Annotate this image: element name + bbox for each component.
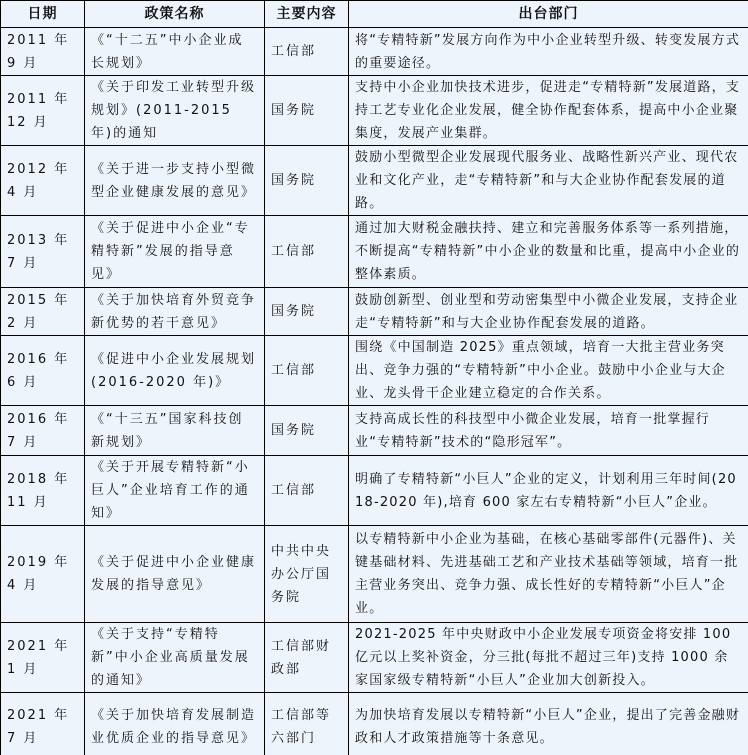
header-issuing-department: 出台部门 [349, 1, 748, 28]
cell-content: 鼓励创新型、创业型和劳动密集型中小微企业发展，支持企业走“专精特新”和与大企业协… [349, 288, 748, 336]
cell-policy-name: 《关于开展专精特新“小巨人”企业培育工作的通知》 [85, 456, 265, 526]
table-row: 2012 年 4 月 《关于进一步支持小型微型企业健康发展的意见》 国务院 鼓励… [1, 146, 748, 216]
cell-content: 明确了专精特新“小巨人”企业的定义，计划利用三年时间(2018-2020 年),… [349, 456, 748, 526]
cell-content: 支持中小企业加快技术进步，促进走“专精特新”发展道路，支持工艺专业化企业发展，健… [349, 76, 748, 146]
cell-date: 2016 年 6 月 [1, 336, 85, 406]
cell-policy-name: 《促进中小企业发展规划(2016-2020 年)》 [85, 336, 265, 406]
cell-department: 工信部 [265, 336, 349, 406]
cell-department: 工信部 [265, 456, 349, 526]
policy-table: 日期 政策名称 主要内容 出台部门 2011 年 9 月 《“十二五”中小企业成… [0, 0, 748, 755]
cell-content: 以专精特新中小企业为基础，在核心基础零部件(元器件)、关键基础材料、先进基础工艺… [349, 526, 748, 623]
table-row: 2013 年 7 月 《关于促进中小企业“专精特新”发展的指导意见》 工信部 通… [1, 216, 748, 288]
cell-policy-name: 《关于印发工业转型升级规划》(2011-2015 年)的通知 [85, 76, 265, 146]
table-row: 2016 年 7 月 《“十三五”国家科技创新规划》 国务院 支持高成长性的科技… [1, 406, 748, 456]
table-row: 2019 年 4 月 《关于促进中小企业健康发展的指导意见》 中共中央办公厅国务… [1, 526, 748, 623]
cell-date: 2018 年 11 月 [1, 456, 85, 526]
cell-content: 围绕《中国制造 2025》重点领域，培育一大批主营业务突出、竞争力强的“专精特新… [349, 336, 748, 406]
cell-department: 工信部财政部 [265, 623, 349, 693]
table-row: 2015 年 2 月 《关于加快培育外贸竞争新优势的若干意见》 国务院 鼓励创新… [1, 288, 748, 336]
cell-department: 工信部 [265, 28, 349, 76]
cell-department: 国务院 [265, 406, 349, 456]
cell-date: 2019 年 4 月 [1, 526, 85, 623]
cell-date: 2012 年 4 月 [1, 146, 85, 216]
cell-department: 国务院 [265, 76, 349, 146]
cell-department: 中共中央办公厅国务院 [265, 526, 349, 623]
table-row: 2016 年 6 月 《促进中小企业发展规划(2016-2020 年)》 工信部… [1, 336, 748, 406]
cell-date: 2015 年 2 月 [1, 288, 85, 336]
cell-date: 2011 年 9 月 [1, 28, 85, 76]
cell-policy-name: 《关于促进中小企业“专精特新”发展的指导意见》 [85, 216, 265, 288]
cell-content: 将“专精特新”发展方向作为中小企业转型升级、转变发展方式的重要途径。 [349, 28, 748, 76]
table-row: 2011 年 12 月 《关于印发工业转型升级规划》(2011-2015 年)的… [1, 76, 748, 146]
cell-content: 为加快培育发展以专精特新“小巨人”企业，提出了完善金融财政和人才政策措施等十条意… [349, 693, 748, 755]
cell-department: 工信部等六部门 [265, 693, 349, 755]
header-policy-name: 政策名称 [85, 1, 265, 28]
table-row: 2021 年 7 月 《关于加快培育发展制造业优质企业的指导意见》 工信部等六部… [1, 693, 748, 755]
cell-date: 2016 年 7 月 [1, 406, 85, 456]
table-header-row: 日期 政策名称 主要内容 出台部门 [1, 1, 748, 28]
cell-policy-name: 《关于促进中小企业健康发展的指导意见》 [85, 526, 265, 623]
table-body: 2011 年 9 月 《“十二五”中小企业成长规划》 工信部 将“专精特新”发展… [1, 28, 748, 755]
table-row: 2018 年 11 月 《关于开展专精特新“小巨人”企业培育工作的通知》 工信部… [1, 456, 748, 526]
cell-policy-name: 《关于进一步支持小型微型企业健康发展的意见》 [85, 146, 265, 216]
cell-content: 鼓励小型微型企业发展现代服务业、战略性新兴产业、现代农业和文化产业，走“专精特新… [349, 146, 748, 216]
header-date: 日期 [1, 1, 85, 28]
cell-content: 通过加大财税金融扶持、建立和完善服务体系等一系列措施，不断提高“专精特新”中小企… [349, 216, 748, 288]
cell-date: 2021 年 7 月 [1, 693, 85, 755]
table-row: 2011 年 9 月 《“十二五”中小企业成长规划》 工信部 将“专精特新”发展… [1, 28, 748, 76]
cell-policy-name: 《“十三五”国家科技创新规划》 [85, 406, 265, 456]
cell-policy-name: 《“十二五”中小企业成长规划》 [85, 28, 265, 76]
cell-date: 2013 年 7 月 [1, 216, 85, 288]
cell-content: 2021-2025 年中央财政中小企业发展专项资金将安排 100 亿元以上奖补资… [349, 623, 748, 693]
cell-date: 2011 年 12 月 [1, 76, 85, 146]
cell-department: 国务院 [265, 146, 349, 216]
table-row: 2021 年 1 月 《关于支持“专精特新”中小企业高质量发展的通知》 工信部财… [1, 623, 748, 693]
cell-policy-name: 《关于支持“专精特新”中小企业高质量发展的通知》 [85, 623, 265, 693]
cell-policy-name: 《关于加快培育发展制造业优质企业的指导意见》 [85, 693, 265, 755]
cell-date: 2021 年 1 月 [1, 623, 85, 693]
cell-policy-name: 《关于加快培育外贸竞争新优势的若干意见》 [85, 288, 265, 336]
cell-content: 支持高成长性的科技型中小微企业发展，培育一批掌握行业“专精特新”技术的“隐形冠军… [349, 406, 748, 456]
header-main-content: 主要内容 [265, 1, 349, 28]
cell-department: 工信部 [265, 216, 349, 288]
cell-department: 国务院 [265, 288, 349, 336]
